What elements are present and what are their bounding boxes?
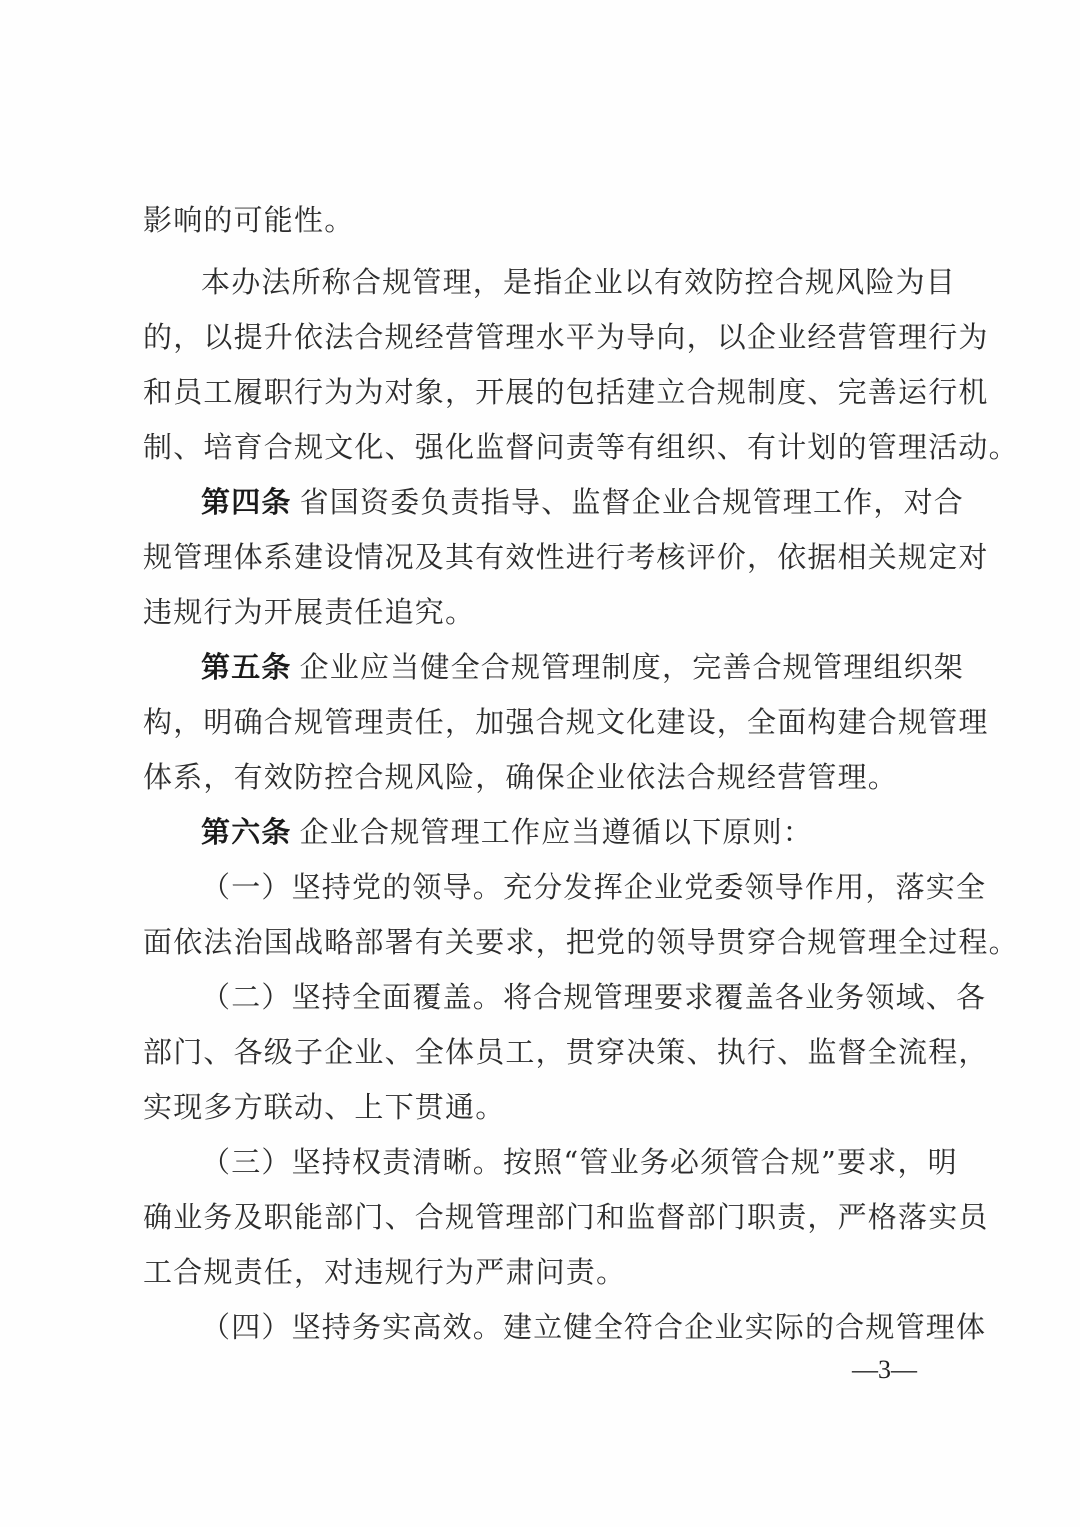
- principle-3: （三）坚持权责清晰。按照“管业务必须管合规”要求，明: [201, 1142, 943, 1182]
- line-text: 的，以提升依法合规经营管理水平为导向，以企业经营管理行为: [143, 320, 989, 354]
- principle-4: （四）坚持务实高效。建立健全符合企业实际的合规管理体: [201, 1307, 943, 1347]
- paragraph-start: 本办法所称合规管理，是指企业以有效防控合规风险为目: [201, 262, 943, 302]
- line-text: 规管理体系建设情况及其有效性进行考核评价，依据相关规定对: [143, 540, 989, 574]
- page-number: —3—: [852, 1355, 917, 1385]
- text-line: 面依法治国战略部署有关要求，把党的领导贯穿合规管理全过程。: [143, 922, 943, 962]
- article-6: 第六条企业合规管理工作应当遵循以下原则：: [201, 812, 813, 852]
- article-heading: 第四条: [201, 485, 292, 519]
- line-text: 构，明确合规管理责任，加强合规文化建设，全面构建合规管理: [143, 705, 989, 739]
- line-text: 工合规责任，对违规行为严肃问责。: [143, 1255, 626, 1289]
- text-line: 和员工履职行为为对象，开展的包括建立合规制度、完善运行机: [143, 372, 943, 412]
- line-text: 确业务及职能部门、合规管理部门和监督部门职责，严格落实员: [143, 1200, 989, 1234]
- line-text: 部门、各级子企业、全体员工，贯穿决策、执行、监督全流程，: [143, 1035, 989, 1069]
- text-line: 体系，有效防控合规风险，确保企业依法合规经营管理。: [143, 757, 898, 797]
- line-text: 和员工履职行为为对象，开展的包括建立合规制度、完善运行机: [143, 375, 989, 409]
- article-heading: 第六条: [201, 815, 292, 849]
- article-4: 第四条省国资委负责指导、监督企业合规管理工作，对合: [201, 482, 943, 522]
- line-text: （三）坚持权责清晰。按照“管业务必须管合规”要求，明: [201, 1145, 958, 1179]
- text-line: 制、培育合规文化、强化监督问责等有组织、有计划的管理活动。: [143, 427, 943, 467]
- line-text: 省国资委负责指导、监督企业合规管理工作，对合: [300, 485, 964, 519]
- line-text: （二）坚持全面覆盖。将合规管理要求覆盖各业务领域、各: [201, 980, 986, 1014]
- line-text: 影响的可能性。: [143, 203, 354, 237]
- principle-1: （一）坚持党的领导。充分发挥企业党委领导作用，落实全: [201, 867, 943, 907]
- line-text: （一）坚持党的领导。充分发挥企业党委领导作用，落实全: [201, 870, 986, 904]
- document-page: 影响的可能性。 本办法所称合规管理，是指企业以有效防控合规风险为目 的，以提升依…: [0, 0, 1080, 1527]
- article-heading: 第五条: [201, 650, 292, 684]
- text-line: 违规行为开展责任追究。: [143, 592, 475, 632]
- text-line: 影响的可能性。: [143, 200, 354, 240]
- principle-2: （二）坚持全面覆盖。将合规管理要求覆盖各业务领域、各: [201, 977, 943, 1017]
- line-text: 实现多方联动、上下贯通。: [143, 1090, 505, 1124]
- text-line: 的，以提升依法合规经营管理水平为导向，以企业经营管理行为: [143, 317, 943, 357]
- text-line: 构，明确合规管理责任，加强合规文化建设，全面构建合规管理: [143, 702, 943, 742]
- line-text: 面依法治国战略部署有关要求，把党的领导贯穿合规管理全过程。: [143, 925, 1019, 959]
- line-text: （四）坚持务实高效。建立健全符合企业实际的合规管理体: [201, 1310, 986, 1344]
- line-text: 企业应当健全合规管理制度，完善合规管理组织架: [300, 650, 964, 684]
- line-text: 制、培育合规文化、强化监督问责等有组织、有计划的管理活动。: [143, 430, 1019, 464]
- line-text: 体系，有效防控合规风险，确保企业依法合规经营管理。: [143, 760, 898, 794]
- line-text: 违规行为开展责任追究。: [143, 595, 475, 629]
- line-text: 企业合规管理工作应当遵循以下原则：: [300, 815, 813, 849]
- line-text: 本办法所称合规管理，是指企业以有效防控合规风险为目: [201, 265, 956, 299]
- text-line: 确业务及职能部门、合规管理部门和监督部门职责，严格落实员: [143, 1197, 943, 1237]
- text-line: 实现多方联动、上下贯通。: [143, 1087, 505, 1127]
- text-line: 规管理体系建设情况及其有效性进行考核评价，依据相关规定对: [143, 537, 943, 577]
- article-5: 第五条企业应当健全合规管理制度，完善合规管理组织架: [201, 647, 943, 687]
- text-line: 部门、各级子企业、全体员工，贯穿决策、执行、监督全流程，: [143, 1032, 943, 1072]
- text-line: 工合规责任，对违规行为严肃问责。: [143, 1252, 626, 1292]
